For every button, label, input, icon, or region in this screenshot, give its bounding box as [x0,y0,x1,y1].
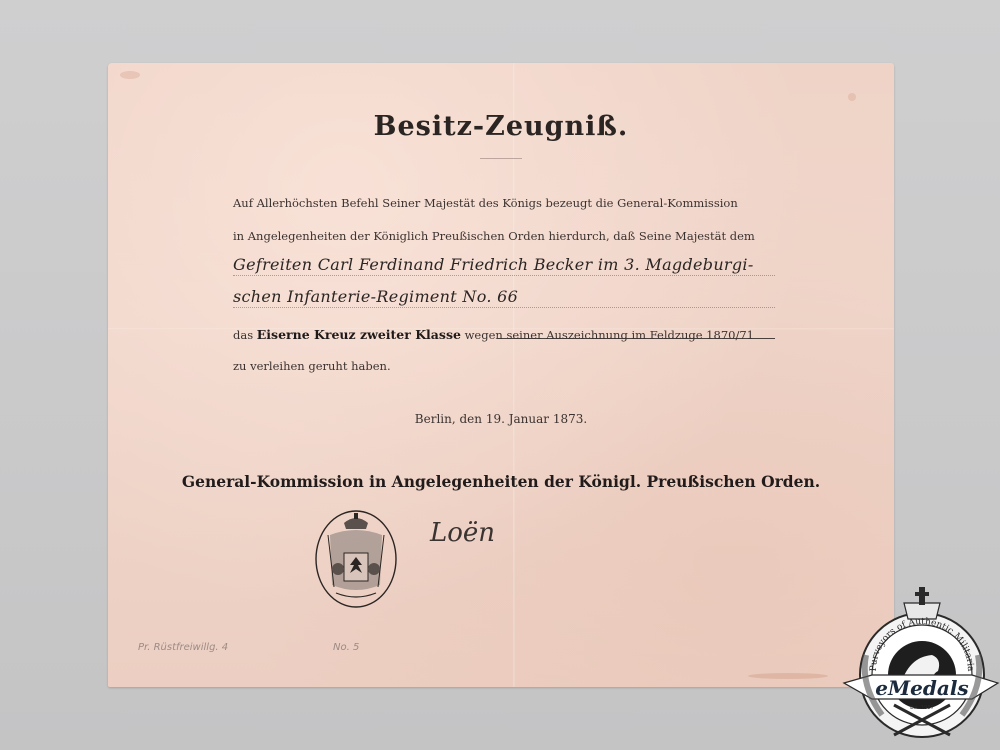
coat-of-arms-seal-icon [314,509,398,609]
title-divider [480,158,522,159]
body-line-2: in Angelegenheiten der Königlich Preußis… [233,229,755,243]
paper-stain [848,93,856,101]
paper-stain [748,673,828,679]
signature: Loën [430,518,495,548]
award-prefix: das [233,328,253,342]
paper-stain [120,71,140,79]
vertical-fold-crease [513,63,515,687]
certificate-paper: Besitz-Zeugniß. Auf Allerhöchsten Befehl… [108,63,894,687]
handwritten-recipient-line-1: Gefreiten Carl Ferdinand Friedrich Becke… [233,255,754,274]
pencil-note-1: Pr. Rüstfreiwillg. 4 [138,642,228,653]
body-line-1: Auf Allerhöchsten Befehl Seiner Majestät… [233,196,738,210]
award-suffix: wegen seiner Auszeichnung im Feldzuge 18… [465,328,754,342]
dotted-fill-line [233,307,775,308]
document-title: Besitz-Zeugniß. [108,111,894,142]
award-line: das Eiserne Kreuz zweiter Klasse wegen s… [233,327,754,342]
handwritten-recipient-line-2: schen Infanterie-Regiment No. 66 [233,287,518,306]
dotted-fill-line [233,275,775,276]
issuing-authority: General-Kommission in Angelegenheiten de… [108,472,894,491]
emedals-watermark-logo-icon: Purveyors of Authentic Militaria eMedals… [842,575,1000,750]
svg-text:Est. 1987: Est. 1987 [910,705,934,711]
place-date: Berlin, den 19. Januar 1873. [108,412,894,426]
watermark-brand: eMedals [875,676,968,700]
award-name: Eiserne Kreuz zweiter Klasse [257,327,461,342]
pencil-note-2: No. 5 [333,642,359,653]
closing-line: zu verleihen geruht haben. [233,359,391,373]
